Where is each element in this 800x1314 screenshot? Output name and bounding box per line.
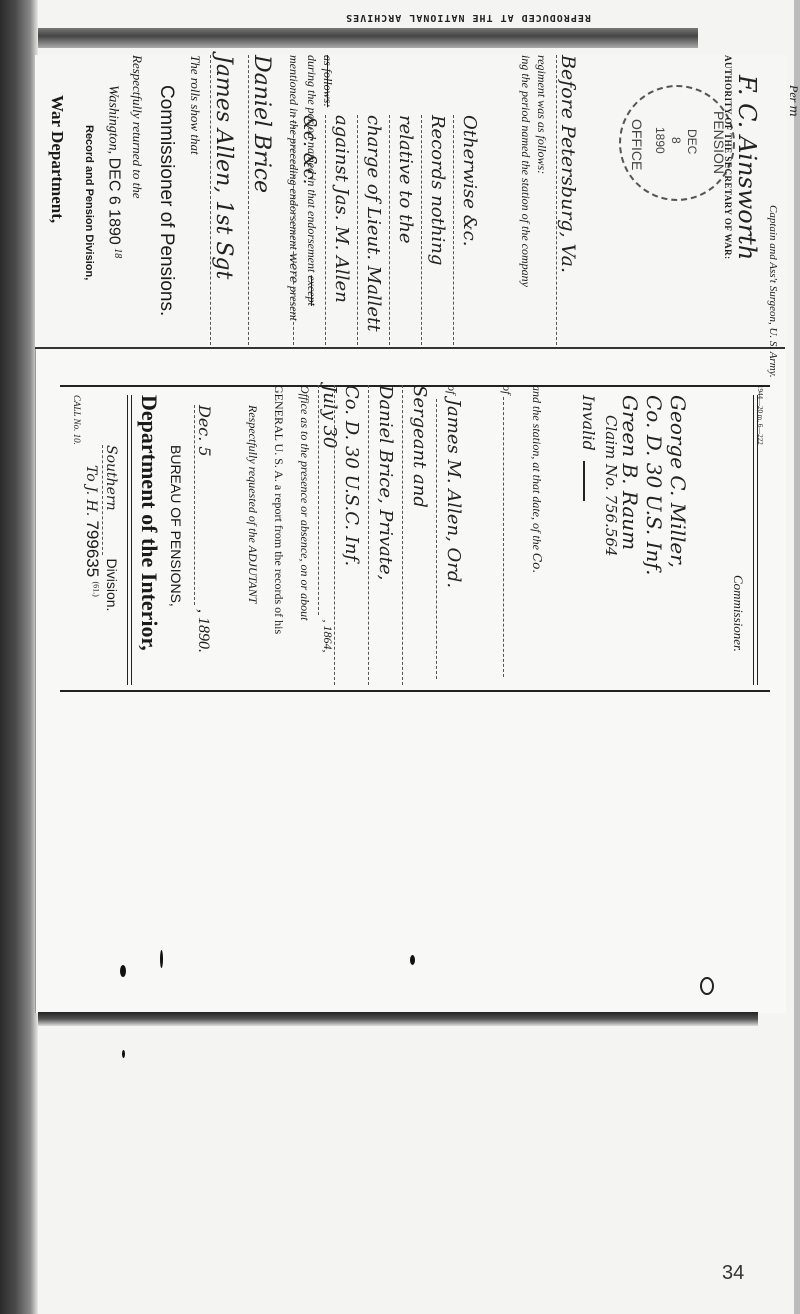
about-year: , 1864, [321, 620, 335, 653]
soldier-line: Daniel Brice, Private, [368, 385, 401, 685]
scan-speck [410, 955, 415, 965]
page-number: 34 [722, 1262, 744, 1285]
station-text-1: ing the period named the station of the … [519, 55, 533, 287]
scan-top-shadow [38, 28, 698, 48]
rolls-show-label: The rolls show that [188, 55, 203, 155]
remarks-line: charge of Lieut. Mallett [357, 115, 388, 345]
date-suffix: 18 [112, 248, 123, 258]
handwritten-name-1: James Allen, 1st Sgt [210, 55, 236, 345]
call-number: CALL No. 10. [72, 395, 82, 445]
request-year: , 1890. [195, 609, 212, 653]
claim-type: Invalid [579, 395, 598, 451]
commissioner-label: Commissioner. [731, 575, 746, 652]
archives-stamp: REPRODUCED AT THE NATIONAL ARCHIVES [268, 12, 668, 23]
request-line-1: Respectfully requested of the ADJUTANT [246, 405, 260, 603]
scan-speck [700, 977, 714, 995]
file-sub: (61.) [92, 581, 101, 596]
signature: F. C. Ainsworth [733, 75, 761, 260]
request-line-2: GENERAL U. S. A. a report from the recor… [272, 385, 286, 634]
per-label: Per [787, 85, 800, 102]
washington-label: Washington, [105, 85, 120, 154]
interior-title: Department of the Interior, [137, 395, 162, 651]
remarks-line: &c. &c. [293, 115, 324, 345]
commissioner-signature: Green B. Raum [618, 395, 642, 575]
station-text-2: regiment was as follows: [535, 55, 549, 174]
remarks-line: Records nothing [421, 115, 452, 345]
division-hand: Southern [102, 445, 119, 555]
of-label-2: of [500, 385, 514, 394]
soldier-line: Sergeant and [402, 385, 435, 685]
scan-right-edge [794, 0, 800, 1314]
bureau-of-pensions: BUREAU OF PENSIONS, [168, 445, 184, 607]
request-line-3: Office as to the presence or absence, on… [298, 385, 312, 621]
file-prefix-hand: To J. H. [83, 465, 99, 516]
scan-speck [120, 965, 126, 977]
pension-office-postmark: PENSION DEC 8 1890 OFFICE [619, 85, 735, 201]
soldier-line: James M. Allen, Ord. [436, 399, 469, 679]
scan-speck [160, 950, 163, 968]
remarks-line: Otherwise &c. [453, 115, 484, 345]
station-line: and the station, at that date, of the [530, 385, 544, 550]
remarks-line: against Jas. M. Allen [325, 115, 356, 345]
of-label: of [445, 385, 459, 394]
soldier-line: Co. D. 30 U.S.C. Inf. [334, 385, 367, 685]
addressee: Commissioner of Pensions. [156, 85, 177, 316]
returned-to-label: Respectfully returned to the [130, 55, 145, 199]
station-value: Before Petersburg, Va. [556, 55, 579, 345]
date-stamp: DEC 6 1890 [105, 158, 122, 245]
per-initials: m [787, 105, 800, 116]
claimant-line: George C. Miller, [666, 395, 690, 575]
war-department-heading: War Department, [48, 95, 67, 223]
division-label: Division. [104, 559, 120, 612]
print-code: 1944—20 m. 6—222 [756, 385, 764, 445]
scan-left-shadow [0, 0, 38, 1314]
as-follows-struck: as follows: [321, 55, 335, 107]
signature-title: Captain and Ass't Surgeon, U. S. Army. [767, 205, 779, 378]
record-pension-division: Record and Pension Division, [83, 125, 95, 280]
request-date-hand: Dec. 5 [194, 405, 214, 605]
remarks-line: relative to the [389, 115, 420, 345]
file-number: 799635 [83, 520, 102, 577]
interior-request-form: CALL No. 10. To J. H. 799635 (61.) South… [58, 385, 770, 695]
scan-bottom-shadow [38, 1012, 758, 1026]
claimant-line: Co. D. 30 U.S. Inf. [642, 395, 666, 575]
station-hand: Co. [530, 553, 544, 573]
war-department-endorsement: War Department, Record and Pension Divis… [35, 55, 785, 347]
scan-speck [122, 1050, 125, 1058]
handwritten-name-2: Daniel Brice [248, 55, 274, 345]
